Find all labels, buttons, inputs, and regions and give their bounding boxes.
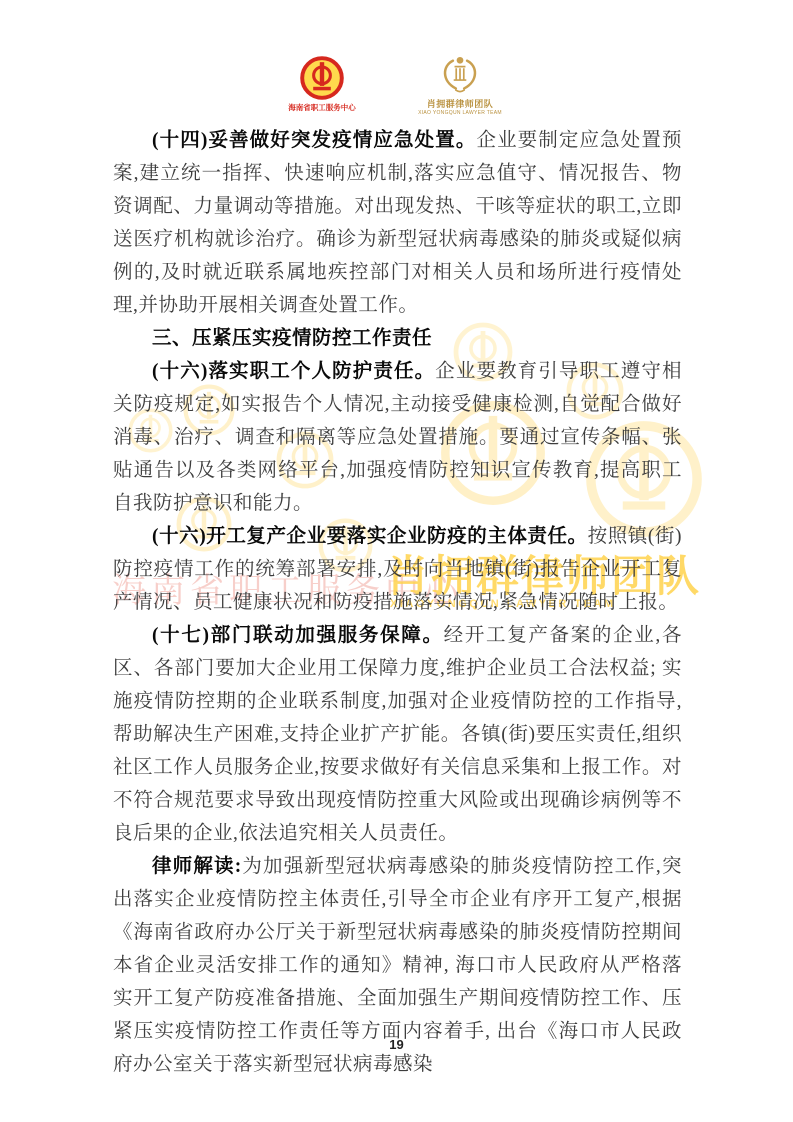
paragraph-lead: (十四)妥善做好突发疫情应急处置。 xyxy=(152,130,476,151)
section-heading-3: 三、压紧压实疫情防控工作责任 xyxy=(113,322,682,355)
paragraph-16-enterprise-responsibility: (十六)开工复产企业要落实企业防疫的主体责任。按照镇(街)防控疫情工作的统筹部署… xyxy=(113,520,682,619)
document-page: 海南省职工服务中心 肖拥群律师团队 XIAOYONGQUN LAWYER TEA… xyxy=(0,0,793,1122)
paragraph-16-personal-protection: (十六)落实职工个人防护责任。企业要教育引导职工遵守相关防疫规定,如实报告个人情… xyxy=(113,355,682,520)
paragraph-lead: (十六)开工复产企业要落实企业防疫的主体责任。 xyxy=(152,526,588,547)
lawyer-logo-label: 肖拥群律师团队 xyxy=(410,97,510,110)
lawyer-logo: 肖拥群律师团队 XIAO YONGQUN LAWYER TEAM xyxy=(410,54,510,116)
paragraph-text: 企业要制定应急处置预案,建立统一指挥、快速响应机制,落实应急值守、情况报告、物资… xyxy=(113,130,682,316)
document-body: (十四)妥善做好突发疫情应急处置。企业要制定应急处置预案,建立统一指挥、快速响应… xyxy=(113,124,682,1081)
paragraph-lead: (十六)落实职工个人防护责任。 xyxy=(152,361,435,382)
lawyer-logo-sublabel: XIAO YONGQUN LAWYER TEAM xyxy=(410,110,510,116)
union-logo-label: 海南省职工服务中心 xyxy=(282,102,362,113)
paragraph-lead: (十七)部门联动加强服务保障。 xyxy=(152,625,444,646)
paragraph-text: 企业要教育引导职工遵守相关防疫规定,如实报告个人情况,主动接受健康检测,自觉配合… xyxy=(113,361,682,514)
union-logo: 海南省职工服务中心 xyxy=(282,56,362,113)
section-heading-text: 三、压紧压实疫情防控工作责任 xyxy=(152,328,432,349)
lawyer-logo-icon xyxy=(439,54,481,96)
paragraph-14-emergency-response: (十四)妥善做好突发疫情应急处置。企业要制定应急处置预案,建立统一指挥、快速响应… xyxy=(113,124,682,322)
paragraph-text: 经开工复产备案的企业,各区、各部门要加大企业用工保障力度,维护企业员工合法权益;… xyxy=(113,625,682,844)
union-logo-icon xyxy=(300,56,344,100)
paragraph-lead: 律师解读: xyxy=(152,856,242,877)
page-number: 19 xyxy=(0,1037,793,1052)
paragraph-17-service-guarantee: (十七)部门联动加强服务保障。经开工复产备案的企业,各区、各部门要加大企业用工保… xyxy=(113,619,682,850)
